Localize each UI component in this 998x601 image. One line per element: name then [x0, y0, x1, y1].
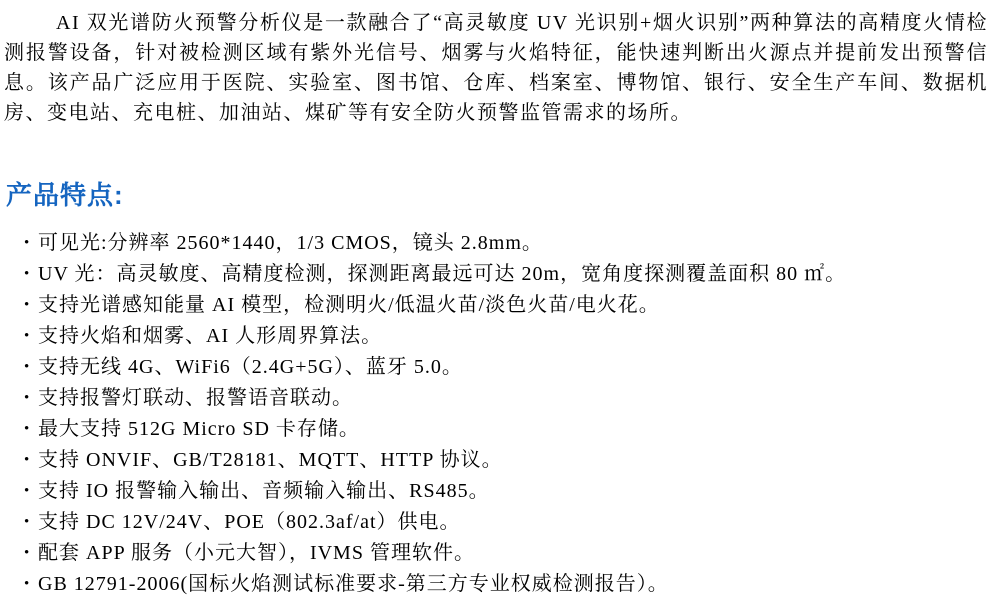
bullet-icon — [24, 414, 30, 445]
feature-list-item: 支持 IO 报警输入输出、音频输入输出、RS485。 — [4, 476, 988, 507]
bullet-icon — [24, 445, 30, 476]
feature-text: 配套 APP 服务（小元大智），IVMS 管理软件。 — [38, 542, 475, 564]
feature-list-item: 配套 APP 服务（小元大智），IVMS 管理软件。 — [4, 538, 988, 569]
feature-list-item: 支持光谱感知能量 AI 模型，检测明火/低温火苗/淡色火苗/电火花。 — [4, 290, 988, 321]
feature-list-item: 支持报警灯联动、报警语音联动。 — [4, 383, 988, 414]
feature-text: 最大支持 512G Micro SD 卡存储。 — [38, 418, 360, 440]
feature-text: 支持 DC 12V/24V、POE（802.3af/at）供电。 — [38, 511, 461, 533]
document-page: AI 双光谱防火预警分析仪是一款融合了“高灵敏度 UV 光识别+烟火识别”两种算… — [0, 0, 998, 601]
bullet-icon — [24, 259, 30, 290]
feature-text: 支持 IO 报警输入输出、音频输入输出、RS485。 — [38, 480, 490, 502]
feature-list-item: UV 光：高灵敏度、高精度检测，探测距离最远可达 20m，宽角度探测覆盖面积 8… — [4, 259, 988, 290]
bullet-icon — [24, 538, 30, 569]
feature-list: 可见光:分辨率 2560*1440，1/3 CMOS，镜头 2.8mm。 UV … — [4, 228, 988, 600]
bullet-icon — [24, 476, 30, 507]
feature-text: 支持火焰和烟雾、AI 人形周界算法。 — [38, 325, 382, 347]
product-features-heading: 产品特点: — [6, 180, 988, 210]
feature-text: 支持光谱感知能量 AI 模型，检测明火/低温火苗/淡色火苗/电火花。 — [38, 294, 660, 316]
feature-list-item: 支持 ONVIF、GB/T28181、MQTT、HTTP 协议。 — [4, 445, 988, 476]
feature-list-item: 最大支持 512G Micro SD 卡存储。 — [4, 414, 988, 445]
feature-text: 支持报警灯联动、报警语音联动。 — [38, 387, 353, 409]
bullet-icon — [24, 383, 30, 414]
bullet-icon — [24, 507, 30, 538]
feature-text: 支持无线 4G、WiFi6（2.4G+5G）、蓝牙 5.0。 — [38, 356, 463, 378]
bullet-icon — [24, 228, 30, 259]
feature-list-item: 支持无线 4G、WiFi6（2.4G+5G）、蓝牙 5.0。 — [4, 352, 988, 383]
feature-list-item: 可见光:分辨率 2560*1440，1/3 CMOS，镜头 2.8mm。 — [4, 228, 988, 259]
feature-text: GB 12791-2006(国标火焰测试标准要求-第三方专业权威检测报告）。 — [38, 573, 669, 595]
feature-list-item: GB 12791-2006(国标火焰测试标准要求-第三方专业权威检测报告）。 — [4, 569, 988, 600]
intro-paragraph: AI 双光谱防火预警分析仪是一款融合了“高灵敏度 UV 光识别+烟火识别”两种算… — [4, 8, 988, 128]
bullet-icon — [24, 569, 30, 600]
feature-text: 支持 ONVIF、GB/T28181、MQTT、HTTP 协议。 — [38, 449, 503, 471]
feature-text: UV 光：高灵敏度、高精度检测，探测距离最远可达 20m，宽角度探测覆盖面积 8… — [38, 263, 846, 285]
feature-list-item: 支持 DC 12V/24V、POE（802.3af/at）供电。 — [4, 507, 988, 538]
feature-list-item: 支持火焰和烟雾、AI 人形周界算法。 — [4, 321, 988, 352]
bullet-icon — [24, 321, 30, 352]
feature-text: 可见光:分辨率 2560*1440，1/3 CMOS，镜头 2.8mm。 — [38, 232, 543, 254]
bullet-icon — [24, 290, 30, 321]
bullet-icon — [24, 352, 30, 383]
